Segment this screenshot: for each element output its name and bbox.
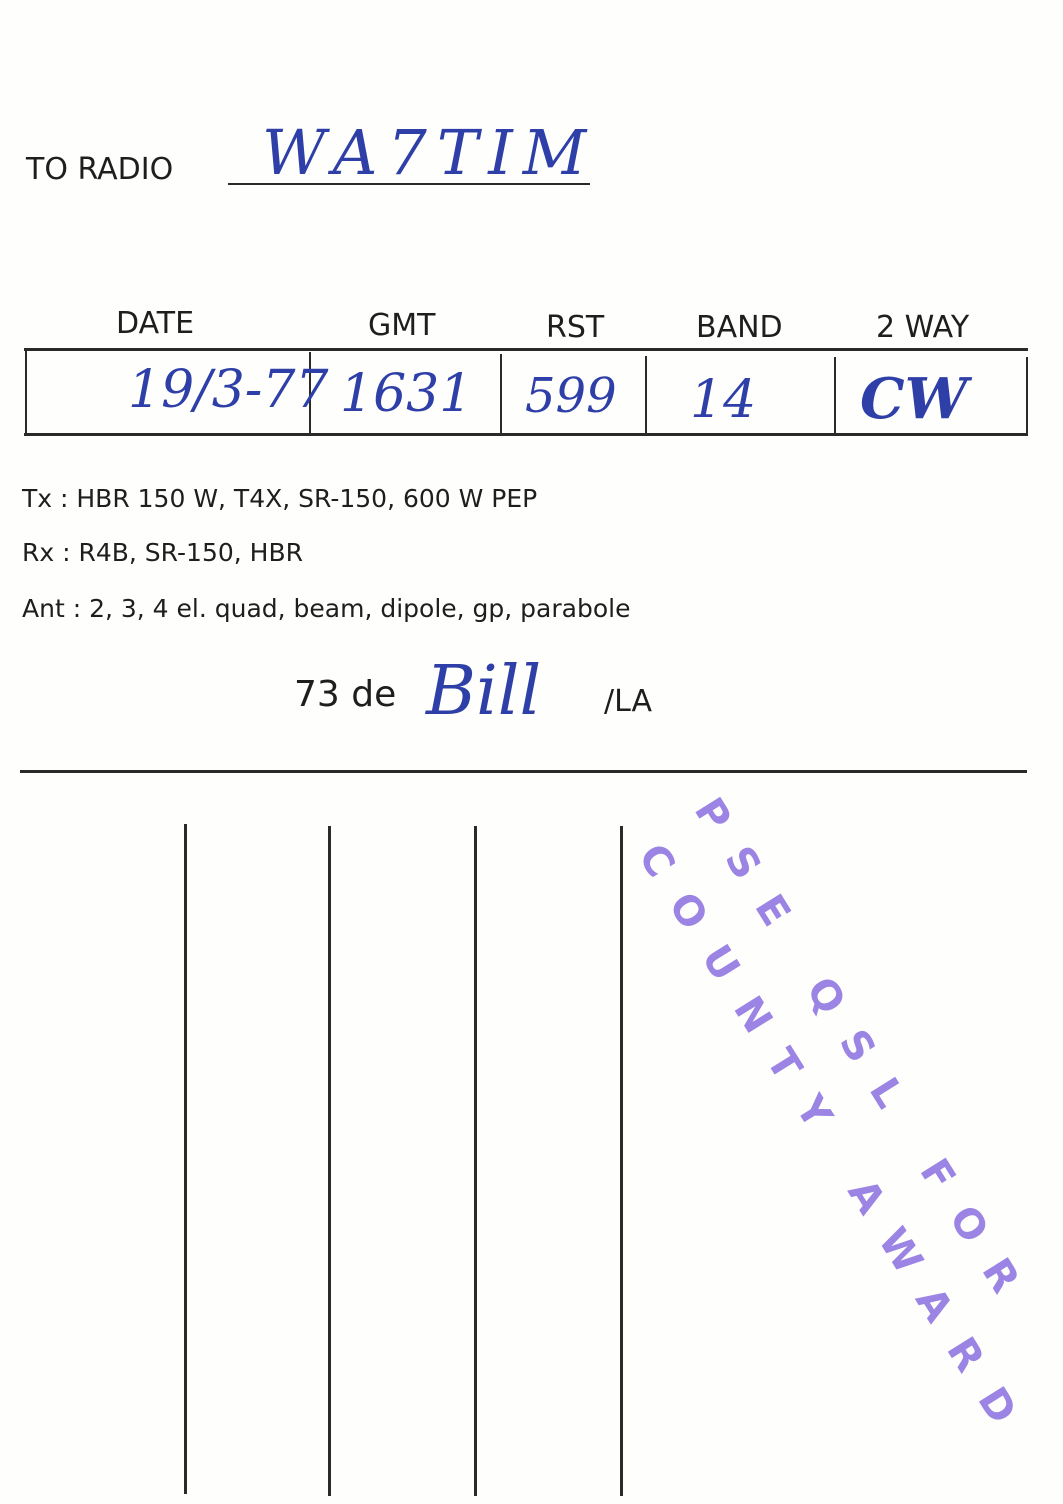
column-line <box>474 826 477 1496</box>
table-divider <box>834 357 836 434</box>
header-band: BAND <box>696 310 783 345</box>
stamp-line-2: COUNTY AWARD <box>629 836 1040 1456</box>
column-line <box>620 826 623 1496</box>
signoff-suffix: /LA <box>604 684 652 719</box>
cell-gmt: 1631 <box>340 364 472 424</box>
to-radio-label: TO RADIO <box>26 152 173 187</box>
table-divider <box>1026 357 1028 434</box>
table-divider <box>500 354 502 434</box>
to-radio-underline <box>228 183 590 185</box>
rx-equipment: Rx : R4B, SR-150, HBR <box>22 538 303 567</box>
table-divider <box>25 350 27 434</box>
column-line <box>184 824 187 1494</box>
header-date: DATE <box>116 306 194 341</box>
header-rst: RST <box>546 310 604 345</box>
cell-rst: 599 <box>525 368 617 424</box>
header-2way: 2 WAY <box>876 310 969 345</box>
cell-date: 19/3-77 <box>128 360 329 420</box>
antenna-equipment: Ant : 2, 3, 4 el. quad, beam, dipole, gp… <box>22 594 630 623</box>
section-divider <box>20 770 1027 773</box>
to-radio-callsign: WA7TIM <box>262 116 596 189</box>
signoff-prefix: 73 de <box>294 674 396 715</box>
signoff-name: Bill <box>426 652 541 731</box>
header-gmt: GMT <box>368 308 435 343</box>
column-line <box>328 826 331 1496</box>
table-top-border <box>24 348 1028 351</box>
tx-equipment: Tx : HBR 150 W, T4X, SR-150, 600 W PEP <box>22 484 537 513</box>
cell-2way: CW <box>860 366 967 432</box>
cell-band: 14 <box>690 370 756 430</box>
stamp-line-1: PSE QSL FOR <box>685 790 1043 1325</box>
table-bottom-border <box>24 433 1028 436</box>
table-divider <box>645 356 647 434</box>
